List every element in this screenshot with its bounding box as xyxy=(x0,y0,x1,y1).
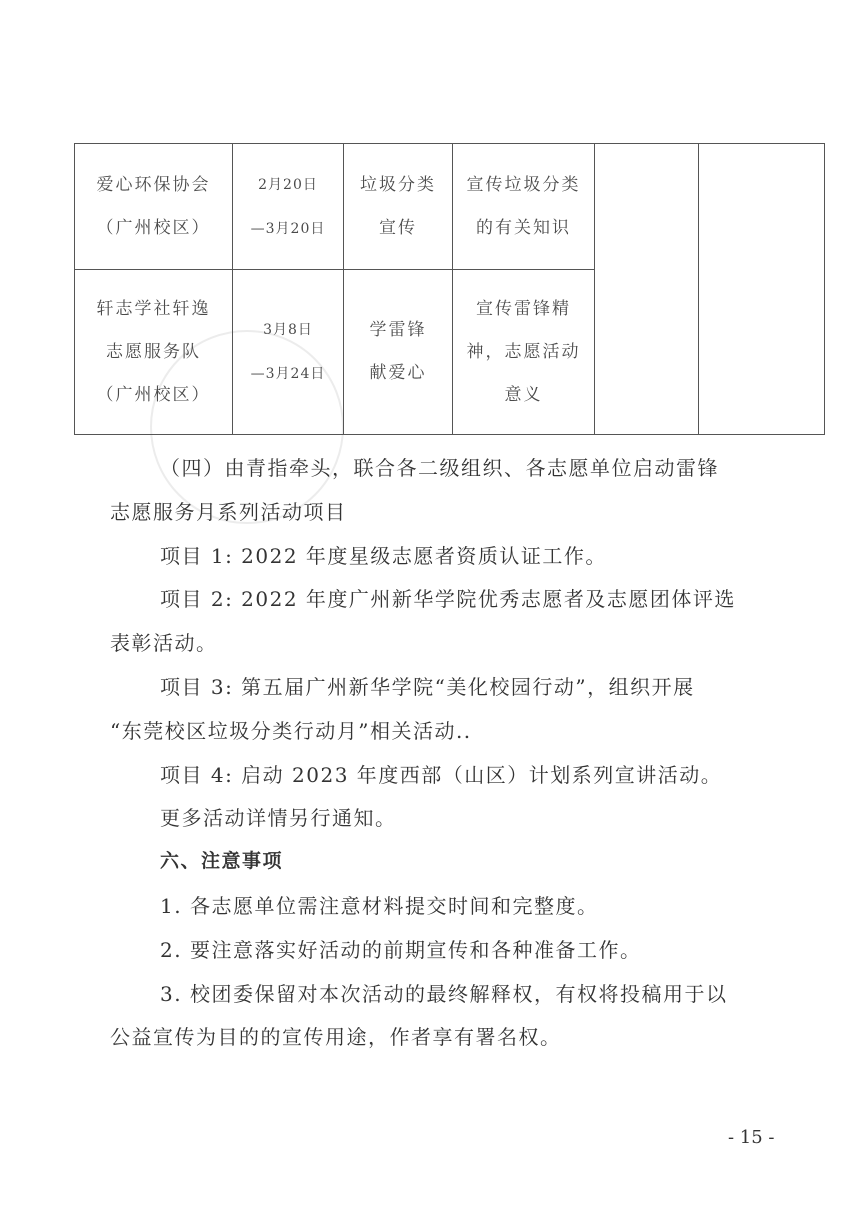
table-row: 爱心环保协会 （广州校区） 2月20日 —3月20日 垃圾分类 宣传 宣传垃圾分… xyxy=(75,144,825,270)
org-cell: 爱心环保协会 （广州校区） xyxy=(75,144,233,270)
theme-cell: 垃圾分类 宣传 xyxy=(344,144,453,270)
project-2: 项目 2: 2022 年度广州新华学院优秀志愿者及志愿团体评选 xyxy=(160,583,820,612)
theme-text: 垃圾分类 xyxy=(352,164,444,207)
note-3-cont: 公益宣传为目的的宣传用途，作者享有署名权。 xyxy=(110,1021,770,1050)
project-2-cont: 表彰活动。 xyxy=(110,627,770,656)
empty-cell xyxy=(699,144,825,435)
content-text: 宣传雷锋精 xyxy=(461,288,586,331)
org-text: （广州校区） xyxy=(83,374,224,417)
theme-text: 学雷锋 xyxy=(352,309,444,352)
date-cell: 3月8日 —3月24日 xyxy=(233,270,344,435)
date-text: —3月20日 xyxy=(241,207,335,251)
more-info: 更多活动详情另行通知。 xyxy=(160,802,820,831)
org-cell: 轩志学社轩逸 志愿服务队 （广州校区） xyxy=(75,270,233,435)
activity-table: 爱心环保协会 （广州校区） 2月20日 —3月20日 垃圾分类 宣传 宣传垃圾分… xyxy=(74,143,825,435)
page-number: - 15 - xyxy=(728,1127,775,1148)
date-cell: 2月20日 —3月20日 xyxy=(233,144,344,270)
date-text: 3月8日 xyxy=(241,308,335,352)
document-page: 爱心环保协会 （广州校区） 2月20日 —3月20日 垃圾分类 宣传 宣传垃圾分… xyxy=(0,0,863,1231)
content-text: 宣传垃圾分类 xyxy=(461,164,586,207)
content-text: 神，志愿活动 xyxy=(461,331,586,374)
org-text: 志愿服务队 xyxy=(83,331,224,374)
project-4: 项目 4: 启动 2023 年度西部（山区）计划系列宣讲活动。 xyxy=(160,759,820,788)
org-text: 爱心环保协会 xyxy=(83,164,224,207)
theme-text: 宣传 xyxy=(352,207,444,250)
note-2: 2. 要注意落实好活动的前期宣传和各种准备工作。 xyxy=(160,934,820,963)
theme-text: 献爱心 xyxy=(352,352,444,395)
section6-heading: 六、注意事项 xyxy=(160,846,820,873)
section4-heading-cont: 志愿服务月系列活动项目 xyxy=(110,496,770,525)
content-text: 意义 xyxy=(461,374,586,417)
note-3: 3. 校团委保留对本次活动的最终解释权，有权将投稿用于以 xyxy=(160,978,820,1007)
section4-heading: （四）由青指牵头，联合各二级组织、各志愿单位启动雷锋 xyxy=(160,452,820,481)
empty-cell xyxy=(595,144,699,435)
project-3: 项目 3: 第五届广州新华学院“美化校园行动”，组织开展 xyxy=(160,671,820,700)
date-text: —3月24日 xyxy=(241,352,335,396)
org-text: （广州校区） xyxy=(83,207,224,250)
org-text: 轩志学社轩逸 xyxy=(83,288,224,331)
project-1: 项目 1: 2022 年度星级志愿者资质认证工作。 xyxy=(160,540,820,569)
content-text: 的有关知识 xyxy=(461,207,586,250)
content-cell: 宣传雷锋精 神，志愿活动 意义 xyxy=(453,270,595,435)
date-text: 2月20日 xyxy=(241,163,335,207)
project-3-cont: “东莞校区垃圾分类行动月”相关活动.. xyxy=(110,715,770,744)
content-cell: 宣传垃圾分类 的有关知识 xyxy=(453,144,595,270)
note-1: 1. 各志愿单位需注意材料提交时间和完整度。 xyxy=(160,890,820,919)
theme-cell: 学雷锋 献爱心 xyxy=(344,270,453,435)
